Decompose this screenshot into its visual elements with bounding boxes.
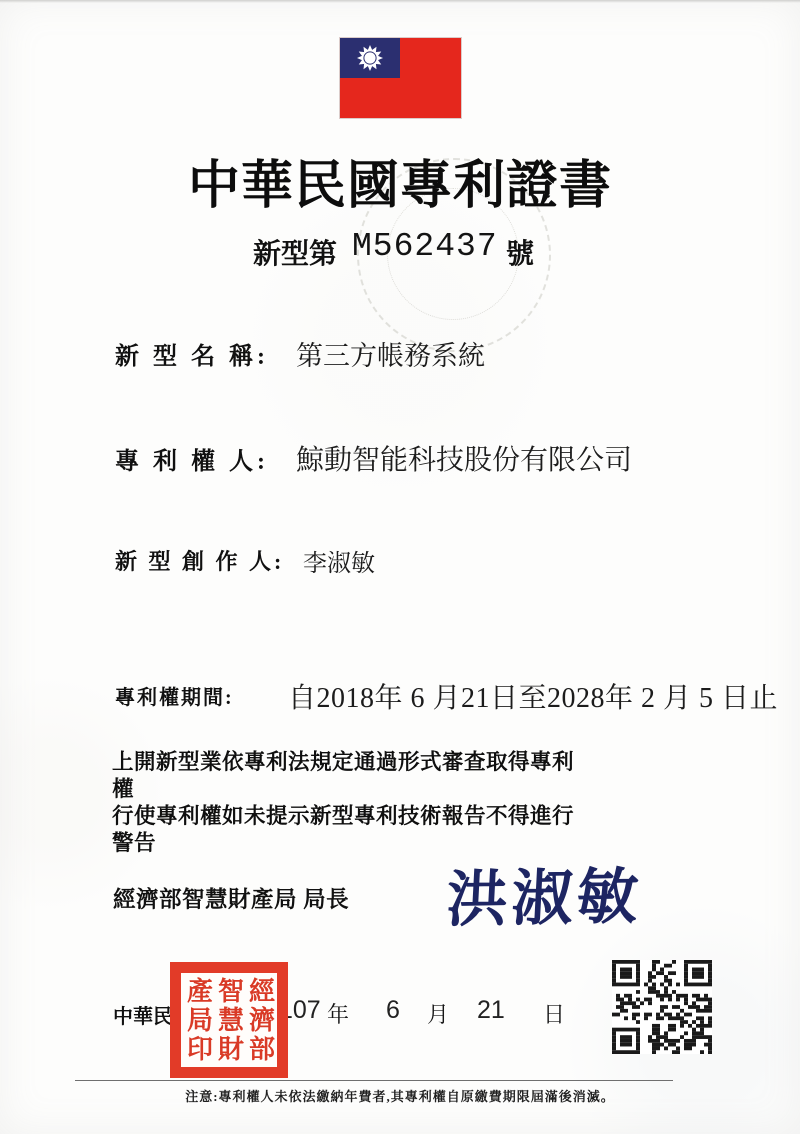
field-value-patentee: 鯨動智能科技股份有限公司	[296, 438, 632, 478]
field-label-patent-term: 專利權期間:	[115, 681, 234, 710]
footer-divider	[75, 1080, 673, 1081]
official-red-seal: 經濟部智慧財產局印	[170, 962, 288, 1078]
certificate-number-suffix: 號	[506, 232, 534, 272]
certificate-number-prefix: 新型第	[253, 232, 337, 272]
date-month-unit: 月	[427, 998, 449, 1029]
field-value-utility-model-name: 第三方帳務系統	[296, 334, 485, 373]
date-day: 21	[477, 996, 505, 1025]
qr-code-image	[612, 960, 712, 1054]
taiwan-flag-icon	[340, 38, 461, 118]
footer-note: 注意:專利權人未依法繳納年費者,其專利權自原繳費期限屆滿後消滅。	[0, 1086, 800, 1105]
date-year-unit: 年	[327, 998, 349, 1029]
qr-code	[612, 960, 712, 1054]
field-label-creator: 新 型 創 作 人:	[115, 545, 284, 576]
field-value-patent-term: 自2018年 6 月21日至2028年 2 月 5 日止	[288, 676, 778, 716]
field-label-patentee: 專 利 權 人:	[115, 441, 269, 476]
scan-edge	[0, 0, 800, 3]
director-general-signature: 洪淑敏	[445, 848, 645, 938]
certificate-title: 中華民國專利證書	[0, 143, 800, 218]
legal-notes: 上開新型業依專利法規定通過形式審查取得專利權 行使專利權如未提示新型專利技術報告…	[112, 749, 592, 857]
date-month: 6	[386, 996, 400, 1025]
flag-canton-sun-icon	[340, 38, 400, 78]
official-red-seal-text: 經濟部智慧財產局印	[183, 974, 276, 1066]
date-day-unit: 日	[543, 998, 565, 1029]
field-value-creator: 李淑敏	[303, 543, 375, 578]
legal-note-line-1: 上開新型業依專利法規定通過形式審查取得專利權	[112, 749, 592, 803]
legal-note-line-2: 行使專利權如未提示新型專利技術報告不得進行警告	[112, 803, 592, 857]
field-label-utility-model-name: 新 型 名 稱:	[115, 336, 269, 371]
issuing-office-and-title: 經濟部智慧財產局 局長	[113, 882, 349, 914]
certificate-number: M562437	[352, 228, 498, 265]
patent-certificate-page: 中華民國專利證書 新型第 M562437 號 新 型 名 稱: 第三方帳務系統 …	[0, 0, 800, 1134]
